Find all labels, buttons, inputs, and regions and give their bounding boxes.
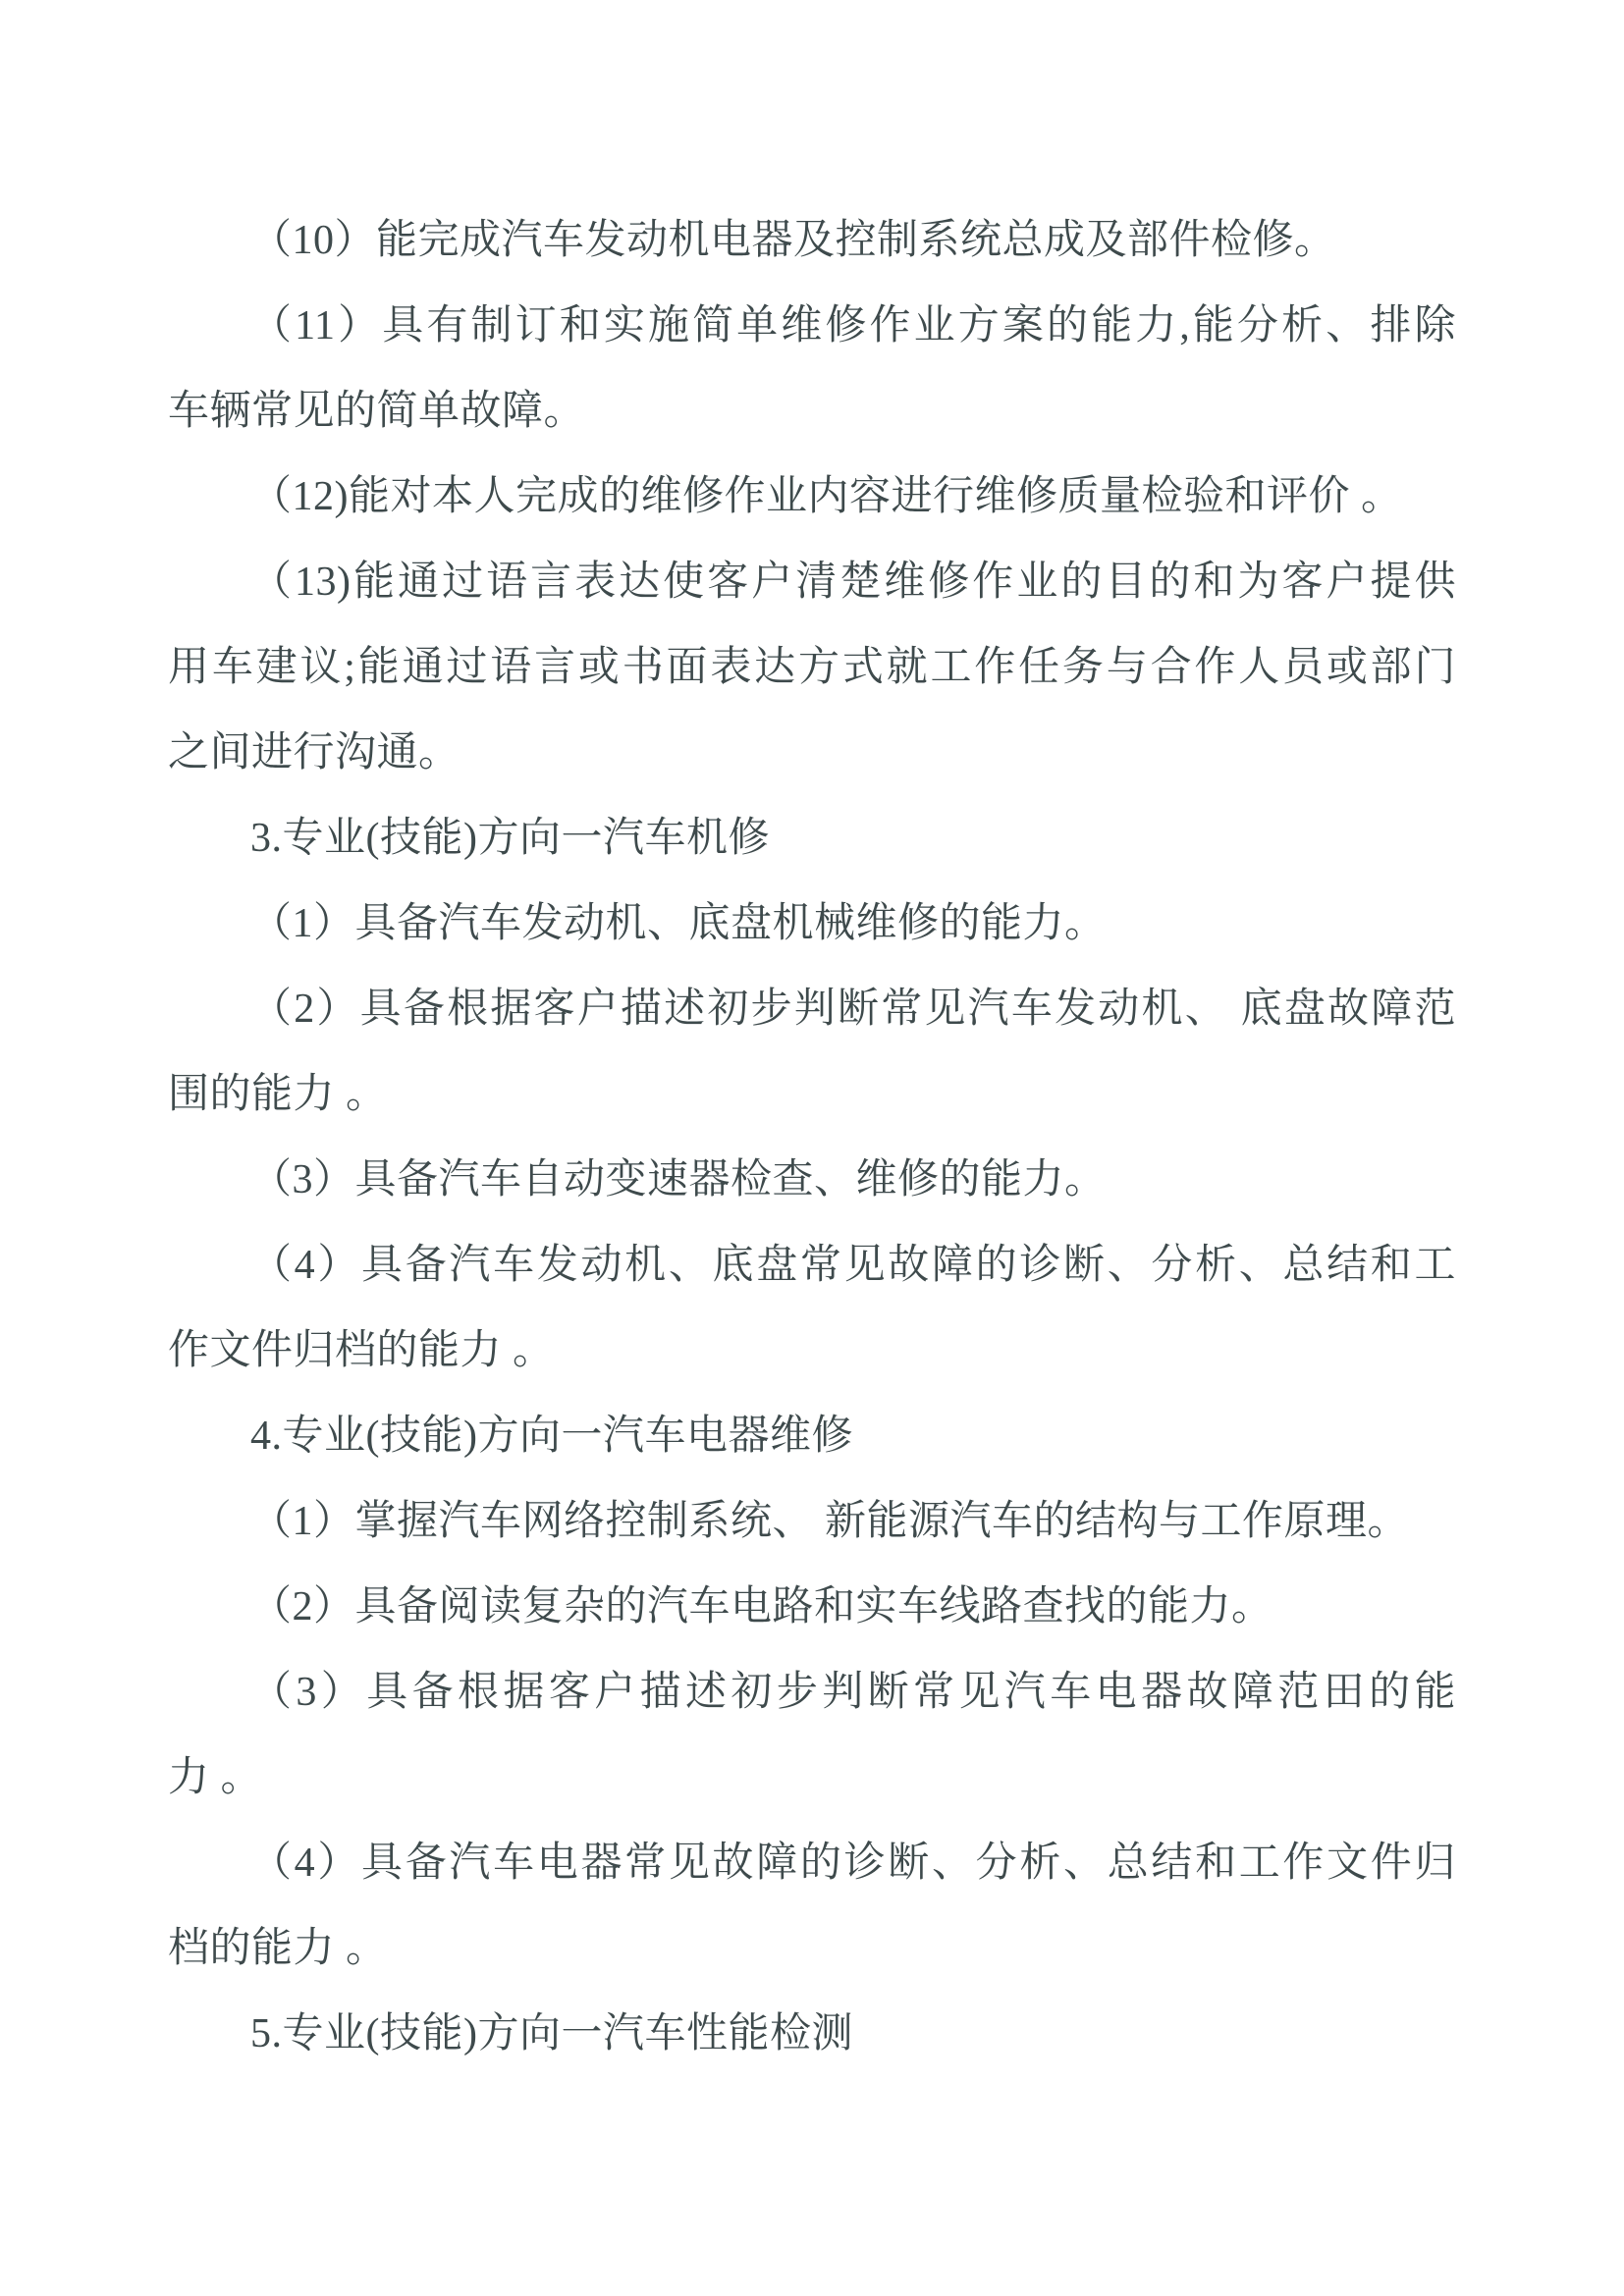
section-4-item-3-line-2: 力 。 (168, 1735, 1456, 1821)
item-13-line-2: 用车建议;能通过语言或书面表达方式就工作任务与合作人员或部门 (168, 625, 1456, 711)
item-13-line-1: （13)能通过语言表达使客户清楚维修作业的目的和为客户提供 (168, 540, 1456, 625)
section-3-item-1-line: （1）具备汽车发动机、底盘机械维修的能力。 (168, 881, 1456, 967)
section-4-item-4-line-2: 档的能力 。 (168, 1906, 1456, 1992)
document-page: （10）能完成汽车发动机电器及控制系统总成及部件检修。 （11）具有制订和实施简… (0, 0, 1624, 2296)
section-3-item-3-line: （3）具备汽车自动变速器检查、维修的能力。 (168, 1138, 1456, 1223)
item-13-line-3: 之间进行沟通。 (168, 711, 1456, 796)
section-4-item-3-line-1: （3）具备根据客户描述初步判断常见汽车电器故障范田的能 (168, 1650, 1456, 1735)
item-11-line-1: （11）具有制订和实施简单维修作业方案的能力,能分析、排除 (168, 284, 1456, 369)
section-4-item-4-line-1: （4）具备汽车电器常见故障的诊断、分析、总结和工作文件归 (168, 1821, 1456, 1906)
section-3-item-4-line-2: 作文件归档的能力 。 (168, 1308, 1456, 1394)
section-4-item-2-line: （2）具备阅读复杂的汽车电路和实车线路查找的能力。 (168, 1565, 1456, 1650)
section-3-item-2-line-2: 围的能力 。 (168, 1052, 1456, 1138)
section-3-heading: 3.专业(技能)方向一汽车机修 (168, 796, 1456, 881)
section-4-heading: 4.专业(技能)方向一汽车电器维修 (168, 1394, 1456, 1479)
section-4-item-1-line: （1）掌握汽车网络控制系统、 新能源汽车的结构与工作原理。 (168, 1479, 1456, 1565)
section-3-item-4-line-1: （4）具备汽车发动机、底盘常见故障的诊断、分析、总结和工 (168, 1223, 1456, 1308)
item-11-line-2: 车辆常见的简单故障。 (168, 369, 1456, 454)
section-5-heading: 5.专业(技能)方向一汽车性能检测 (168, 1992, 1456, 2077)
section-3-item-2-line-1: （2）具备根据客户描述初步判断常见汽车发动机、 底盘故障范 (168, 967, 1456, 1052)
item-10-line: （10）能完成汽车发动机电器及控制系统总成及部件检修。 (168, 198, 1456, 284)
item-12-line: （12)能对本人完成的维修作业内容进行维修质量检验和评价 。 (168, 454, 1456, 540)
